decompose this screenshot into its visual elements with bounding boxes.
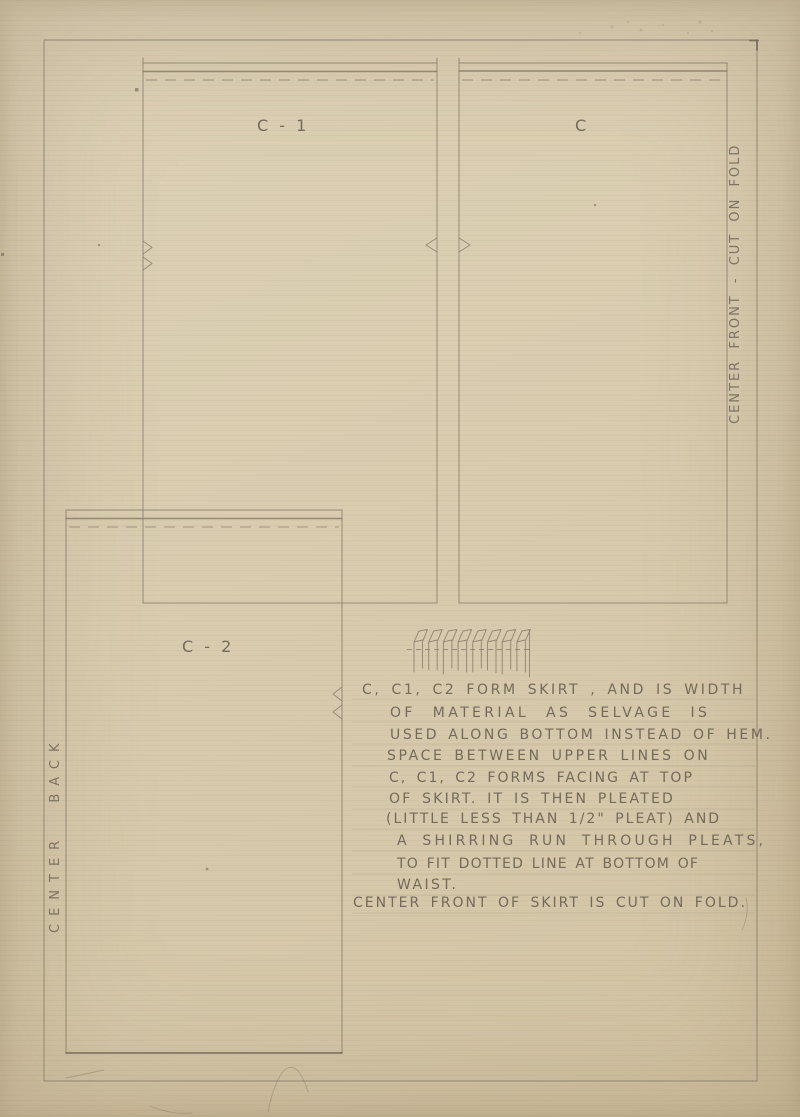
note-line: A SHIRRING RUN THROUGH PLEATS, bbox=[397, 833, 766, 849]
panel-c1-outline bbox=[143, 58, 437, 603]
pleats-illustration bbox=[407, 630, 533, 678]
pattern-linework bbox=[0, 0, 800, 1117]
note-line: WAIST. bbox=[397, 877, 458, 893]
panel-c2-outline bbox=[66, 510, 342, 1053]
outer-border bbox=[44, 40, 758, 1081]
note-line: OF MATERIAL AS SELVAGE IS bbox=[390, 705, 710, 721]
notch-icon bbox=[143, 241, 152, 254]
notch-icon bbox=[143, 257, 152, 270]
pattern-sheet: C - 1 C C - 2 CENTER FRONT - CUT ON FOLD… bbox=[0, 0, 800, 1117]
note-line: C, C1, C2 FORMS FACING AT TOP bbox=[389, 770, 694, 786]
notch-icon bbox=[333, 687, 342, 701]
note-line: USED ALONG BOTTOM INSTEAD OF HEM. bbox=[390, 727, 773, 743]
note-line: TO FIT DOTTED LINE AT BOTTOM OF bbox=[397, 856, 699, 872]
note-line: SPACE BETWEEN UPPER LINES ON bbox=[387, 748, 710, 764]
notch-icon bbox=[459, 238, 470, 252]
panel-c-label: C bbox=[575, 116, 589, 135]
notch-icon bbox=[333, 705, 342, 719]
panel-c-outline bbox=[459, 58, 727, 603]
center-front-fold-label: CENTER FRONT - CUT ON FOLD bbox=[728, 144, 743, 424]
center-back-label: CENTER BACK bbox=[48, 735, 63, 933]
panel-c2-label: C - 2 bbox=[182, 637, 234, 656]
note-line: CENTER FRONT OF SKIRT IS CUT ON FOLD. bbox=[353, 895, 747, 911]
note-line: (LITTLE LESS THAN 1/2" PLEAT) AND bbox=[386, 811, 721, 827]
paper-smudges bbox=[1, 20, 747, 1113]
panel-c1-label: C - 1 bbox=[257, 116, 309, 135]
note-line: OF SKIRT. IT IS THEN PLEATED bbox=[389, 791, 675, 807]
note-line: C, C1, C2 FORM SKIRT , AND IS WIDTH bbox=[362, 682, 745, 698]
notch-icon bbox=[426, 238, 437, 252]
